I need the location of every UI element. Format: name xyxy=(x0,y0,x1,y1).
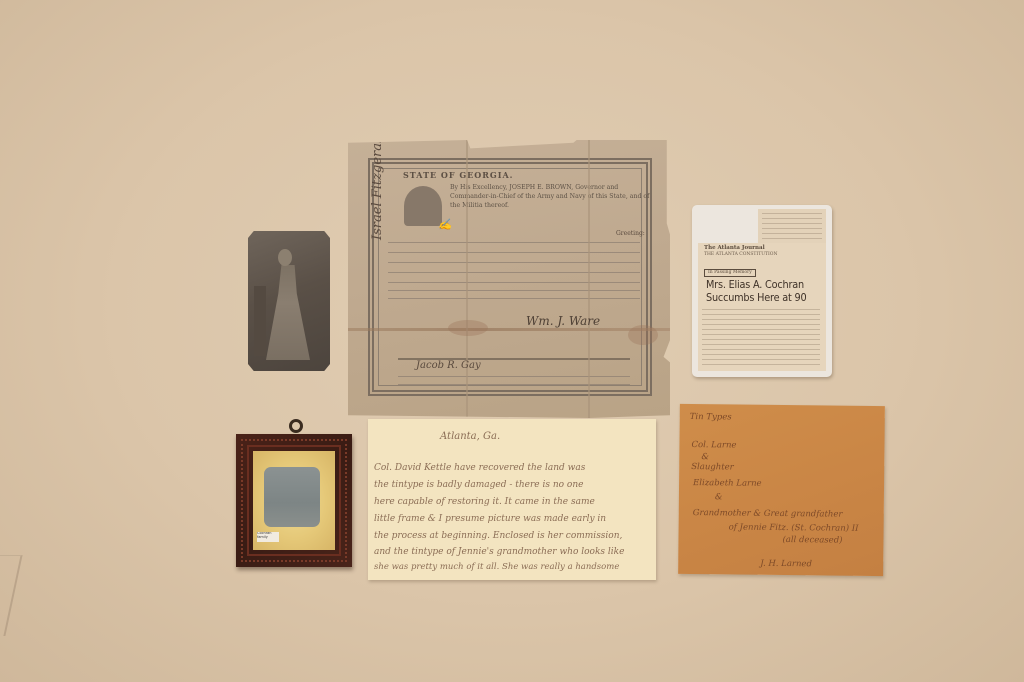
note-line: (all deceased) xyxy=(782,535,842,546)
headline-line-2: Succumbs Here at 90 xyxy=(706,292,826,305)
handwritten-note-orange: Tin Types Col. Larne & Slaughter Elizabe… xyxy=(678,404,885,576)
text-line xyxy=(388,298,640,299)
note-line: Slaughter xyxy=(691,462,734,472)
note-line: Grandmother & Great grandfather xyxy=(693,508,843,520)
fold-crease-vertical xyxy=(466,140,468,418)
partial-object-left-edge xyxy=(0,555,23,636)
stain xyxy=(448,320,488,336)
text-line xyxy=(388,252,640,253)
georgia-militia-commission: STATE OF GEORGIA. By His Excellency, JOS… xyxy=(348,140,670,418)
identification-tag: Cochran family xyxy=(257,532,279,542)
letter-line: little frame & I presume picture was mad… xyxy=(374,514,606,524)
note-line: Elizabeth Larne xyxy=(693,478,762,489)
vertical-signature: Israel Fitzgerald xyxy=(370,131,385,240)
article-body-text xyxy=(702,309,820,367)
fold-crease-vertical xyxy=(588,140,590,418)
obituary-clipping-card: The Atlanta Journal THE ATLANTA CONSTITU… xyxy=(692,205,832,377)
governor-signature: Wm. J. Ware xyxy=(526,314,600,328)
letter-heading: Atlanta, Ga. xyxy=(440,431,500,442)
studio-column xyxy=(254,286,266,356)
letter-line: the tintype is badly damaged - there is … xyxy=(374,480,583,490)
commission-header-text: By His Excellency, JOSEPH E. BROWN, Gove… xyxy=(450,183,650,210)
headline-line-1: Mrs. Elias A. Cochran xyxy=(706,279,826,292)
text-line xyxy=(398,384,630,385)
section-label: In Passing Memory xyxy=(704,269,756,277)
letter-line: she was pretty much of it all. She was r… xyxy=(374,562,619,572)
letter-line: Col. David Kettle have recovered the lan… xyxy=(374,463,585,473)
note-line: & xyxy=(715,492,723,502)
state-seal-icon xyxy=(404,186,442,226)
newspaper-masthead-sub: THE ATLANTA CONSTITUTION xyxy=(704,252,777,257)
portrait-figure-head xyxy=(278,249,292,266)
portrait-figure-dress xyxy=(266,265,310,360)
stain xyxy=(628,325,658,345)
note-line: & xyxy=(701,452,709,462)
commission-title: STATE OF GEORGIA. xyxy=(403,170,513,180)
note-line: of Jennie Fitz. (St. Cochran) II xyxy=(729,522,859,533)
tintype-portrait xyxy=(248,231,330,371)
note-signature: J. H. Larned xyxy=(760,559,812,570)
fold-crease-horizontal xyxy=(348,328,670,331)
handwritten-name: ✍ xyxy=(438,218,452,231)
text-line xyxy=(388,262,640,263)
handwritten-letter-cream: Atlanta, Ga. Col. David Kettle have reco… xyxy=(368,419,656,580)
letter-line: here capable of restoring it. It came in… xyxy=(374,497,595,507)
bottom-script: Jacob R. Gay xyxy=(416,360,481,371)
framed-daguerreotype: Cochran family xyxy=(236,434,352,567)
text-line xyxy=(398,376,630,377)
text-line xyxy=(388,290,640,291)
newspaper-masthead: The Atlanta Journal xyxy=(704,245,765,251)
text-line xyxy=(388,282,640,283)
text-line xyxy=(388,272,640,273)
greeting-text: Greeting: xyxy=(616,230,645,237)
text-line xyxy=(388,242,640,243)
note-line: Col. Larne xyxy=(691,440,736,450)
hanging-ring-icon xyxy=(289,419,303,433)
daguerreotype-image xyxy=(264,467,320,527)
obituary-headline: Mrs. Elias A. Cochran Succumbs Here at 9… xyxy=(706,279,826,304)
letter-line: and the tintype of Jennie's grandmother … xyxy=(374,547,624,557)
letter-line: the process at beginning. Enclosed is he… xyxy=(374,531,622,541)
note-line: Tin Types xyxy=(690,412,732,422)
